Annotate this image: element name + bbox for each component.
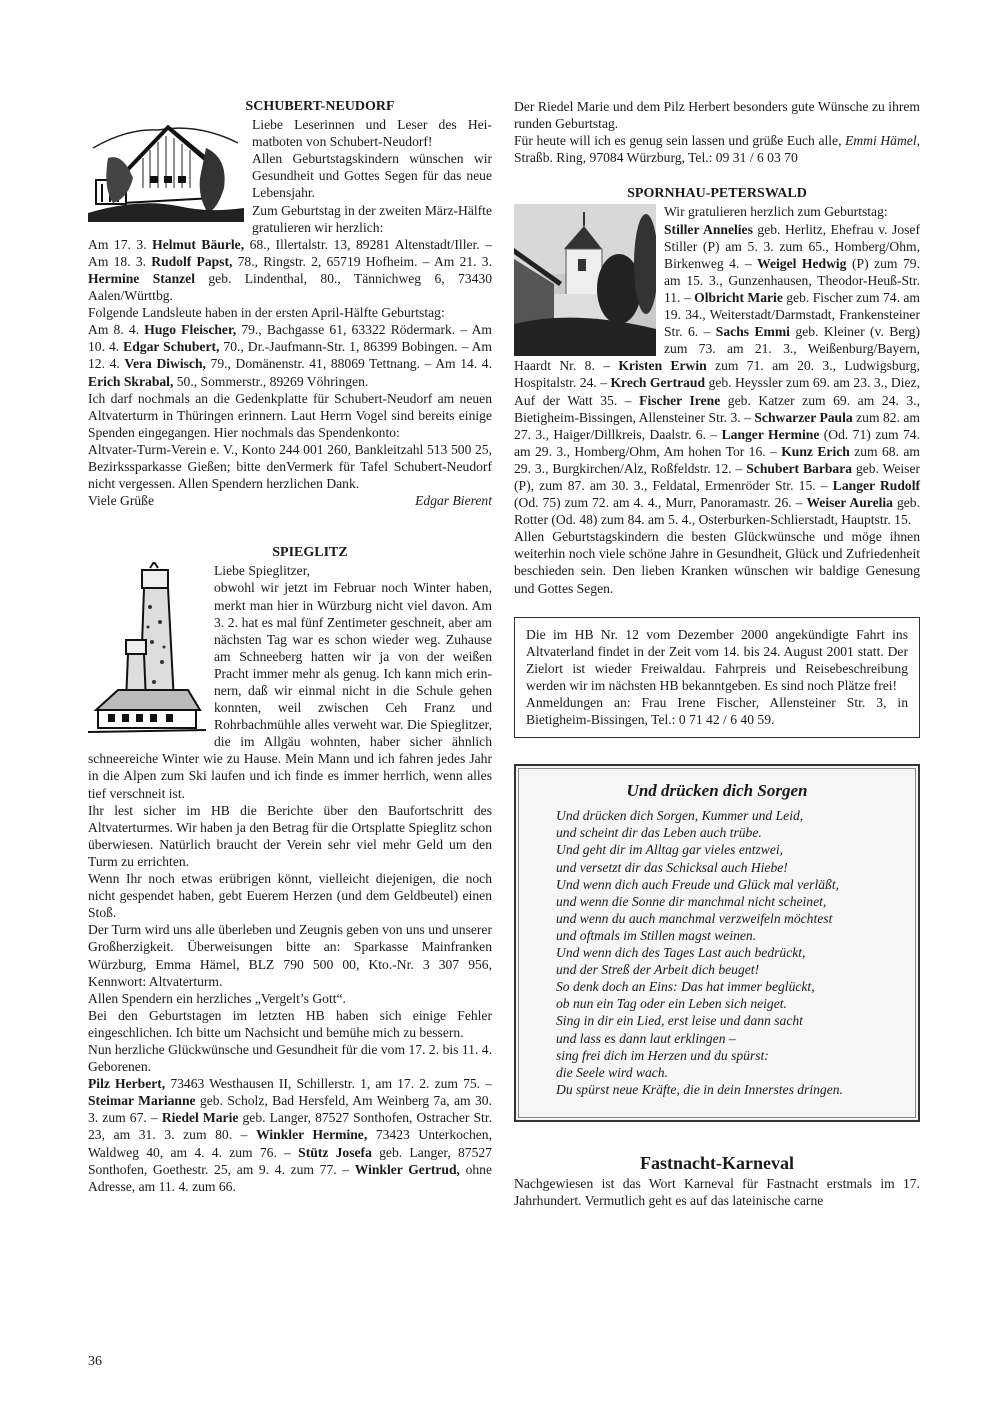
person-name: Edgar Schubert, — [123, 339, 219, 354]
memorial-text: Ich darf nochmals an die Gedenkplatte fü… — [88, 390, 492, 441]
april-intro: Folgende Landsleute haben in der ersten … — [88, 304, 492, 321]
body-paragraph: Allen Spendern ein herzliches „Vergelt’s… — [88, 990, 492, 1007]
article-title: Fastnacht-Karneval — [514, 1155, 920, 1172]
section-spornhau-peterswald: SPORNHAU-PETERSWALD Wir gratulieren herz… — [514, 185, 920, 596]
poem-line: und versetzt dir das Schicksal auch Hieb… — [556, 859, 908, 876]
poem-line: Und wenn dich des Tages Last auch bedrüc… — [556, 944, 908, 961]
article-text: Nachgewiesen ist das Wort Karneval für F… — [514, 1175, 920, 1209]
person-name: Stiller Annelies — [664, 222, 753, 237]
person-name: Schwarzer Paula — [754, 410, 852, 425]
poem-line: Und geht dir im Alltag gar vieles entzwe… — [556, 841, 908, 858]
poem-lines: Und drücken dich Sorgen, Kummer und Leid… — [556, 807, 908, 1098]
poem-line: die Seele wird wach. — [556, 1064, 908, 1081]
poem-box: Und drücken dich Sorgen Und drücken dich… — [514, 764, 920, 1122]
poem-line: und lass es dann laut erklingen – — [556, 1030, 908, 1047]
house-illustration — [88, 118, 244, 222]
person-name: Weigel Hedwig — [757, 256, 846, 271]
house-drawing-icon — [88, 118, 244, 222]
greeting: Viele Grüße — [88, 492, 154, 509]
person-name: Riedel Marie — [162, 1110, 239, 1125]
account-text: Altvater-Turm-Verein e. V., Konto 244 00… — [88, 441, 492, 492]
body-paragraph: Bei den Geburtstagen im letzten HB haben… — [88, 1007, 492, 1041]
person-name: Winkler Gertrud, — [355, 1162, 460, 1177]
poem-line: Sing in dir ein Lied, erst leise und dan… — [556, 1012, 908, 1029]
person-name: Hermine Stanzel — [88, 271, 195, 286]
person-name: Erich Skrabal, — [88, 374, 173, 389]
person-name: Schubert Barbara — [746, 461, 852, 476]
person-name: Vera Diwisch, — [124, 356, 206, 371]
closing-paragraph: Allen Geburtstagskindern die besten Glüc… — [514, 528, 920, 596]
page-number: 36 — [88, 1354, 102, 1370]
tower-drawing-icon — [88, 562, 206, 737]
notice-text: Die im HB Nr. 12 vom Dezember 2000 angek… — [526, 626, 908, 694]
tower-illustration — [88, 562, 206, 737]
poem-line: und oftmals im Stillen magst weinen. — [556, 927, 908, 944]
april-birthdays: Am 8. 4. Hugo Fleischer, 79., Bachgasse … — [88, 321, 492, 389]
poem-line: sing frei dich im Herzen und du spürst: — [556, 1047, 908, 1064]
person-name: Ol­bricht Marie — [694, 290, 783, 305]
person-name: Fischer Irene — [639, 393, 720, 408]
right-column: Der Riedel Marie und dem Pilz Herbert be… — [514, 98, 920, 1209]
person-name: Winkler Her­mine, — [256, 1127, 367, 1142]
person-name: Pilz Herbert, — [88, 1076, 165, 1091]
person-name: Steimar Marianne — [88, 1093, 196, 1108]
closing-paragraph: Für heute will ich es genug sein lassen … — [514, 132, 920, 166]
section-schubert-neudorf: SCHUBERT-NEUDORF Lie — [88, 98, 492, 509]
poem-line: Du spürst neue Kräfte, die in dein Inner… — [556, 1081, 908, 1098]
body-paragraph: Der Riedel Marie und dem Pilz Herbert be… — [514, 98, 920, 132]
section-title: SPIEGLITZ — [88, 544, 492, 561]
person-name: Hugo Fleischer, — [144, 322, 236, 337]
person-name: Rudolf Papst, — [151, 254, 232, 269]
person-name: Krech Ger­traud — [610, 375, 705, 390]
person-name: Kristen Erwin — [618, 358, 706, 373]
church-photo — [514, 204, 656, 356]
person-name: Kunz Erich — [781, 444, 850, 459]
poem-line: und der Streß der Arbeit dich beuget! — [556, 961, 908, 978]
person-name: Langer Hermine — [722, 427, 820, 442]
trip-notice-box: Die im HB Nr. 12 vom Dezember 2000 angek… — [514, 617, 920, 739]
spieglitz-birthdays: Pilz Herbert, 73463 Westhausen II, Schil… — [88, 1075, 492, 1195]
poem-line: und scheint dir das Leben auch trübe. — [556, 824, 908, 841]
author-name: Emmi Hämel, — [845, 133, 920, 148]
poem-line: ob nun ein Tag oder ein Leben sich neige… — [556, 995, 908, 1012]
signature-line: Viele Grüße Edgar Bierent — [88, 492, 492, 509]
person-name: Langer Rudolf — [833, 478, 920, 493]
section-spieglitz: SPIEGLITZ Liebe Spieglitzer, obwohl wir … — [88, 544, 492, 1195]
body-paragraph: Ihr lest sicher im HB die Berichte über … — [88, 802, 492, 870]
poem-line: und wenn du auch manchmal verzweifeln mö… — [556, 910, 908, 927]
person-name: Sachs Emmi — [716, 324, 790, 339]
section-fastnacht-karneval: Fastnacht-Karneval Nachgewiesen ist das … — [514, 1155, 920, 1209]
poem-line: Und drücken dich Sorgen, Kummer und Leid… — [556, 807, 908, 824]
poem-line: Und wenn dich auch Freude und Glück mal … — [556, 876, 908, 893]
section-spieglitz-continued: Der Riedel Marie und dem Pilz Herbert be… — [514, 98, 920, 166]
body-paragraph: Nun herzliche Glückwünsche und Gesundhei… — [88, 1041, 492, 1075]
person-name: Stütz Josefa — [298, 1145, 372, 1160]
person-name: Helmut Bäurle, — [152, 237, 244, 252]
notice-contact: Anmeldungen an: Frau Irene Fischer, Alle… — [526, 694, 908, 728]
poem-title: Und drücken dich Sorgen — [526, 782, 908, 799]
poem-line: So denk doch an Eins: Das hat immer begl… — [556, 978, 908, 995]
church-photo-image — [514, 204, 656, 356]
body-paragraph: Wenn Ihr noch etwas erübrigen könnt, vie… — [88, 870, 492, 921]
body-paragraph: Der Turm wird uns alle überleben und Zeu… — [88, 921, 492, 989]
section-title: SPORNHAU-PETERSWALD — [514, 185, 920, 202]
section-title: SCHUBERT-NEUDORF — [88, 98, 492, 115]
left-column: SCHUBERT-NEUDORF Lie — [88, 98, 492, 1195]
march-birthdays: Am 17. 3. Helmut Bäurle, 68., Illertalst… — [88, 236, 492, 304]
person-name: Weiser Aurelia — [806, 495, 893, 510]
author-signature: Edgar Bierent — [415, 492, 492, 509]
poem-line: und wenn die Sonne dir manchmal nicht sc… — [556, 893, 908, 910]
